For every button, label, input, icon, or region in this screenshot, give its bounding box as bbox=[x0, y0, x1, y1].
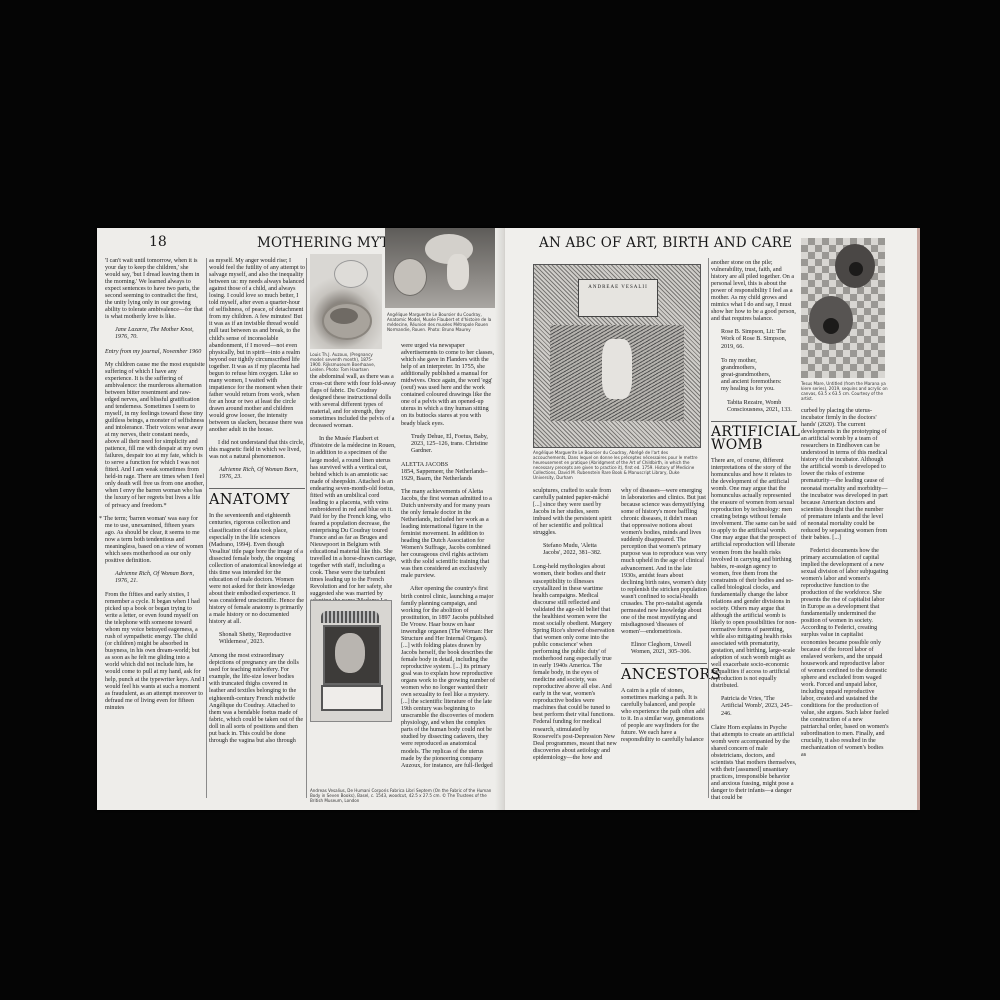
vesalius-portrait-engraving bbox=[310, 600, 392, 722]
left-column-4: were urged via newspaper advertisements … bbox=[401, 343, 496, 776]
citation: Patricia de Vries, 'The Artificial Womb'… bbox=[721, 696, 797, 717]
citation: Adrienne Rich, Of Woman Born, 1976, 23. bbox=[219, 467, 305, 481]
photo-caption: Louis Th.J. Auzoux, (Pregnancy model: se… bbox=[310, 352, 382, 372]
section-divider bbox=[621, 663, 707, 664]
left-column-1: 'I can't wait until tomorrow, when it is… bbox=[105, 258, 205, 718]
citation: Adrienne Rich, Of Woman Born, 1976, 21. bbox=[115, 571, 205, 585]
poem: To my mother, grandmothers, great-grandm… bbox=[721, 358, 797, 393]
right-page: AN ABC OF ART, BIRTH AND CARE ANDREAE VE… bbox=[505, 228, 920, 810]
paragraph: Among the most extraordinary depictions … bbox=[209, 653, 305, 745]
left-page: 18 MOTHERING MYTHS 'I can't wait until t… bbox=[97, 228, 505, 810]
paragraph: A cairn is a pile of stones, sometimes m… bbox=[621, 688, 707, 744]
footnote: * The term; 'barren woman' was easy for … bbox=[105, 516, 205, 565]
column-divider bbox=[306, 258, 307, 798]
paragraph: My children cause me the most exquisite … bbox=[105, 362, 205, 510]
section-heading-ancestors: ANCESTORS bbox=[621, 668, 707, 682]
section-divider bbox=[711, 421, 797, 422]
paragraph: were urged via newspaper advertisements … bbox=[401, 343, 496, 428]
paragraph: After opening the country's first birth … bbox=[401, 586, 496, 769]
citation: Tabita Rezaire, Womb Consciousness, 2021… bbox=[727, 400, 797, 414]
right-column-4: curbed by placing the uterus-incubator f… bbox=[801, 408, 889, 765]
citation: Shonali Shetty, 'Reproductive Wilderness… bbox=[219, 632, 305, 646]
untitled-painting bbox=[801, 238, 885, 378]
paragraph: Federici documents how the primary accum… bbox=[801, 548, 889, 759]
paragraph: I did not understand that this circle, t… bbox=[209, 440, 305, 461]
right-column-1: sculptures, crafted to scale from carefu… bbox=[533, 488, 617, 768]
section-divider bbox=[209, 488, 305, 489]
citation: Stefano Mudu, 'Aletta Jacobs', 2022, 381… bbox=[543, 543, 617, 557]
citation: Trudy Dehue, El, Foetus, Baby, 2023, 125… bbox=[411, 434, 496, 455]
citation: Rose B. Simpson, Lit: The Work of Rose B… bbox=[721, 329, 797, 350]
right-column-2: why of diseases—were emerging in laborat… bbox=[621, 488, 707, 750]
left-column-2: as myself. My anger would rise; I would … bbox=[209, 258, 305, 751]
paragraph: In the seventeenth and eighteenth centur… bbox=[209, 513, 305, 626]
aletta-jacobs-heading: ALETTA JACOBS bbox=[401, 462, 496, 469]
painting-caption: Tesus Mare, Untitled (from the Marana ya… bbox=[801, 381, 891, 401]
page-number: 18 bbox=[149, 234, 167, 250]
aletta-jacobs-subtitle: 1854, Sappemeer, the Netherlands–1929, B… bbox=[401, 469, 496, 483]
paragraph: Claire Horn explains in Psyche that atte… bbox=[711, 725, 797, 803]
photo-caption: Angélique Marguerite Le Boursier du Coud… bbox=[387, 312, 492, 332]
paragraph: sculptures, crafted to scale from carefu… bbox=[533, 488, 617, 537]
paragraph: 'I can't wait until tomorrow, when it is… bbox=[105, 258, 205, 321]
section-heading-anatomy: ANATOMY bbox=[209, 493, 305, 507]
anatomic-model-photo bbox=[385, 228, 497, 308]
citation: Elinor Cleghorn, Unwell Women, 2021, 305… bbox=[631, 642, 707, 656]
citation: Jane Lazarre, The Mother Knot, 1976, 70. bbox=[115, 327, 205, 341]
section-heading-artificial-womb: ARTIFICIAL WOMB bbox=[711, 426, 797, 452]
pregnancy-model-photo bbox=[310, 254, 382, 349]
paragraph: curbed by placing the uterus-incubator f… bbox=[801, 408, 889, 542]
abrege-engraving: ANDREAE VESALII bbox=[533, 264, 701, 448]
paragraph: Long-held mythologies about women, their… bbox=[533, 564, 617, 761]
magazine-spread: 18 MOTHERING MYTHS 'I can't wait until t… bbox=[97, 228, 917, 810]
column-divider bbox=[206, 258, 207, 798]
paragraph: From the fifties and early sixties, I re… bbox=[105, 592, 205, 712]
column-divider bbox=[708, 258, 709, 798]
paragraph: another stone on the pile; vulnerability… bbox=[711, 260, 797, 323]
paragraph: the abdominal wall, as there was a cross… bbox=[310, 374, 398, 430]
right-column-3: another stone on the pile; vulnerability… bbox=[711, 260, 797, 808]
paragraph: In the Musée Flaubert et d'histoire de l… bbox=[310, 436, 398, 612]
paragraph: The many achievements of Aletta Jacobs, … bbox=[401, 489, 496, 581]
left-column-3: the abdominal wall, as there was a cross… bbox=[310, 374, 398, 619]
running-head-right: AN ABC OF ART, BIRTH AND CARE bbox=[539, 235, 792, 251]
engraving-caption: Angélique Marguerite Le Boursier du Coud… bbox=[533, 450, 699, 480]
paragraph: as myself. My anger would rise; I would … bbox=[209, 258, 305, 434]
engraving-caption: Andreas Vesalius, De Humani Corporis Fab… bbox=[310, 788, 500, 803]
paragraph: why of diseases—were emerging in laborat… bbox=[621, 488, 707, 636]
paragraph: There are, of course, different interpre… bbox=[711, 458, 797, 691]
journal-heading: Entry from my journal, November 1960 bbox=[105, 349, 205, 356]
engraving-title: ANDREAE VESALII bbox=[579, 280, 657, 292]
